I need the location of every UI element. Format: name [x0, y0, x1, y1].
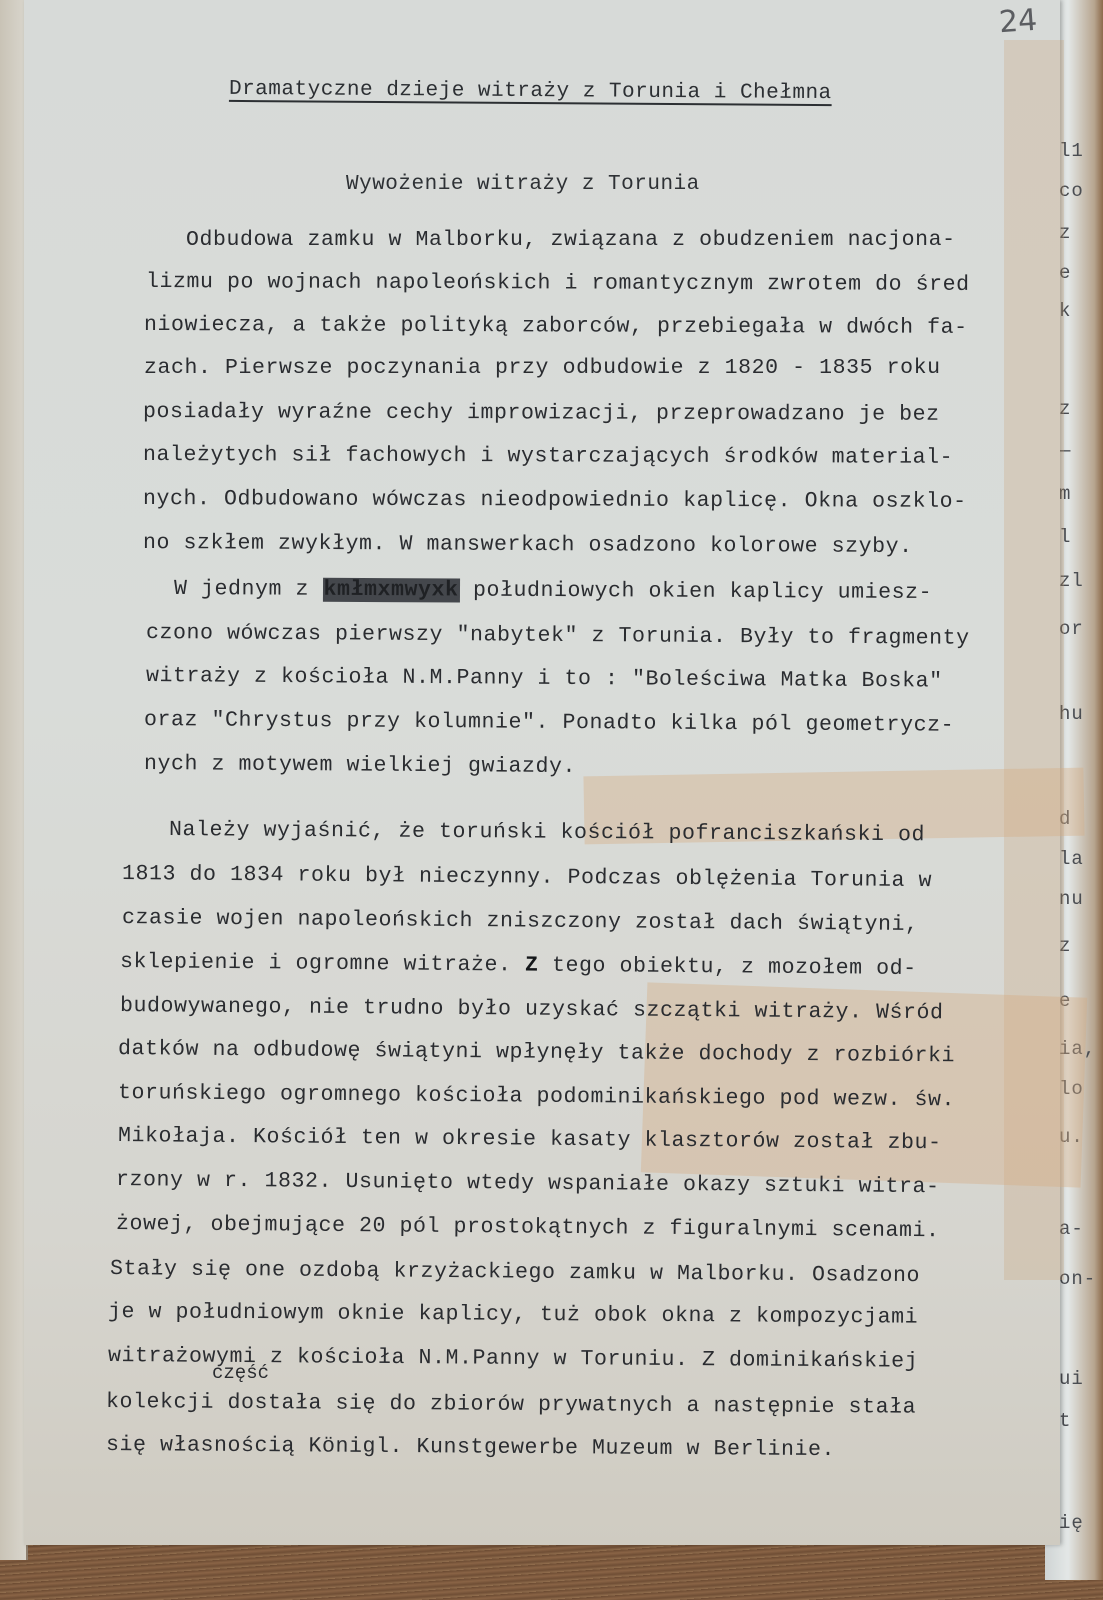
struck-out-word: kmłmxmwyxk: [322, 578, 459, 603]
text-line: sklepienie i ogromne witraże. Z tego obi…: [120, 950, 917, 981]
text-line: no szkłem zwykłym. W manswerkach osadzon…: [143, 531, 913, 559]
text-line: Odbudowa zamku w Malborku, związana z ob…: [186, 228, 956, 252]
text-line: Stały się one ozdobą krzyżackiego zamku …: [110, 1257, 920, 1288]
text-segment: południowych okien kaplicy umiesz-: [459, 578, 932, 604]
text-segment: W jednym z: [174, 577, 323, 602]
text-line: nych z motywem wielkiej gwiazdy.: [144, 752, 576, 779]
text-line: witraży z kościoła N.M.Panny i to : "Bol…: [146, 664, 943, 694]
handwritten-page-number: 24: [998, 3, 1039, 41]
text-line: Należy wyjaśnić, że toruński kościół pof…: [169, 818, 925, 847]
text-line: 1813 do 1834 roku był nieczynny. Podczas…: [122, 862, 932, 893]
text-segment: tego obiektu, z mozołem od-: [538, 954, 916, 981]
text-line: niowiecza, a także polityką zaborców, pr…: [144, 313, 968, 340]
document-title: Dramatyczne dzieje witraży z Torunia i C…: [229, 78, 832, 105]
underlying-text-fragment: ui: [1059, 1368, 1084, 1390]
underlying-text-fragment: on-: [1059, 1268, 1096, 1290]
text-segment: sklepienie i ogromne witraże.: [120, 950, 525, 978]
text-line: czasie wojen napoleońskich zniszczony zo…: [122, 906, 919, 937]
underlying-text-fragment: ię: [1059, 1512, 1084, 1534]
text-line: posiadały wyraźne cechy improwizacji, pr…: [143, 400, 940, 427]
handwritten-insertion: część: [212, 1362, 269, 1384]
text-line: żowej, obejmujące 20 pól prostokątnych z…: [116, 1212, 940, 1243]
section-heading: Wywożenie witraży z Torunia: [346, 173, 700, 196]
text-line: zach. Pierwsze poczynania przy odbudowie…: [144, 356, 941, 380]
text-line: W jednym z kmłmxmwyxk południowych okien…: [174, 577, 932, 605]
text-line: lizmu po wojnach napoleońskich i romanty…: [146, 270, 970, 297]
underlying-text-fragment: t: [1059, 1410, 1071, 1432]
text-line: czono wówczas pierwszy "nabytek" z Torun…: [146, 621, 970, 651]
text-line: nych. Odbudowano wówczas nieodpowiednio …: [143, 487, 967, 514]
typewritten-page: 24 Dramatyczne dzieje witraży z Torunia …: [24, 0, 1060, 1545]
text-line: kolekcji dostała się do zbiorów prywatny…: [106, 1390, 916, 1420]
text-line: je w południowym oknie kaplicy, tuż obok…: [108, 1300, 918, 1330]
text-line: się własnością Königl. Kunstgewerbe Muze…: [106, 1433, 835, 1462]
text-line: należytych sił fachowych i wystarczający…: [143, 443, 953, 470]
overtyped-letter: Z: [525, 954, 539, 978]
text-line: oraz "Chrystus przy kolumnie". Ponadto k…: [144, 708, 954, 738]
